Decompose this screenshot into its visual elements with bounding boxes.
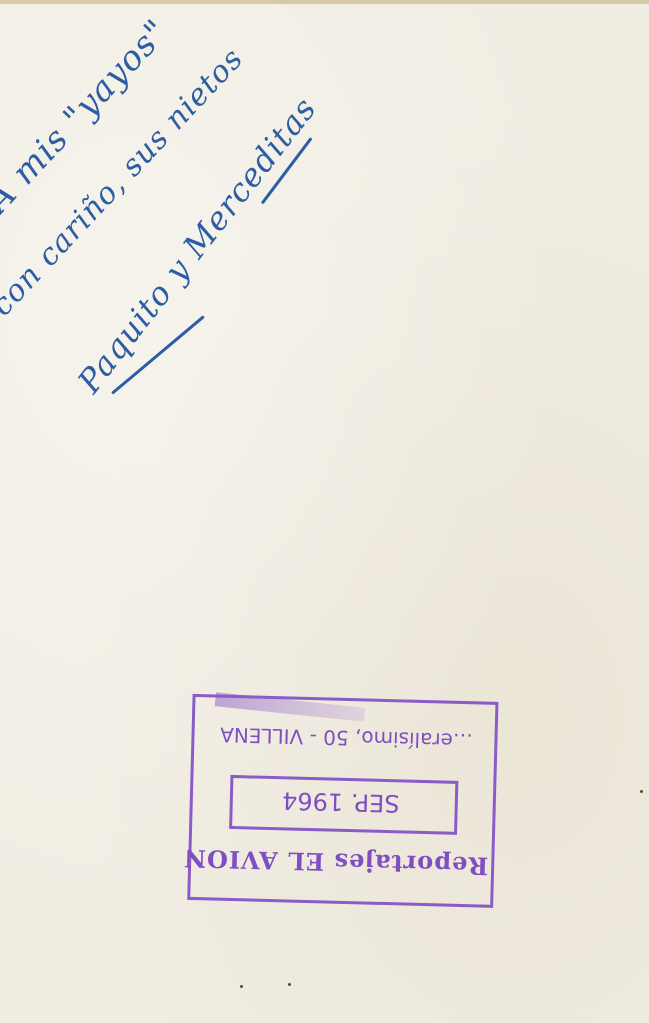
photo-top-edge — [0, 0, 649, 4]
photographer-stamp: …eralísimo, 50 - VILLENA SEP. 1964 Repor… — [187, 676, 508, 914]
paper-speck — [288, 983, 291, 986]
paper-speck — [640, 790, 643, 793]
stamp-date: SEP. 1964 — [229, 785, 452, 819]
handwriting-signature: Paquito y Mercedi­tas — [70, 90, 324, 400]
paper-speck — [240, 985, 243, 988]
